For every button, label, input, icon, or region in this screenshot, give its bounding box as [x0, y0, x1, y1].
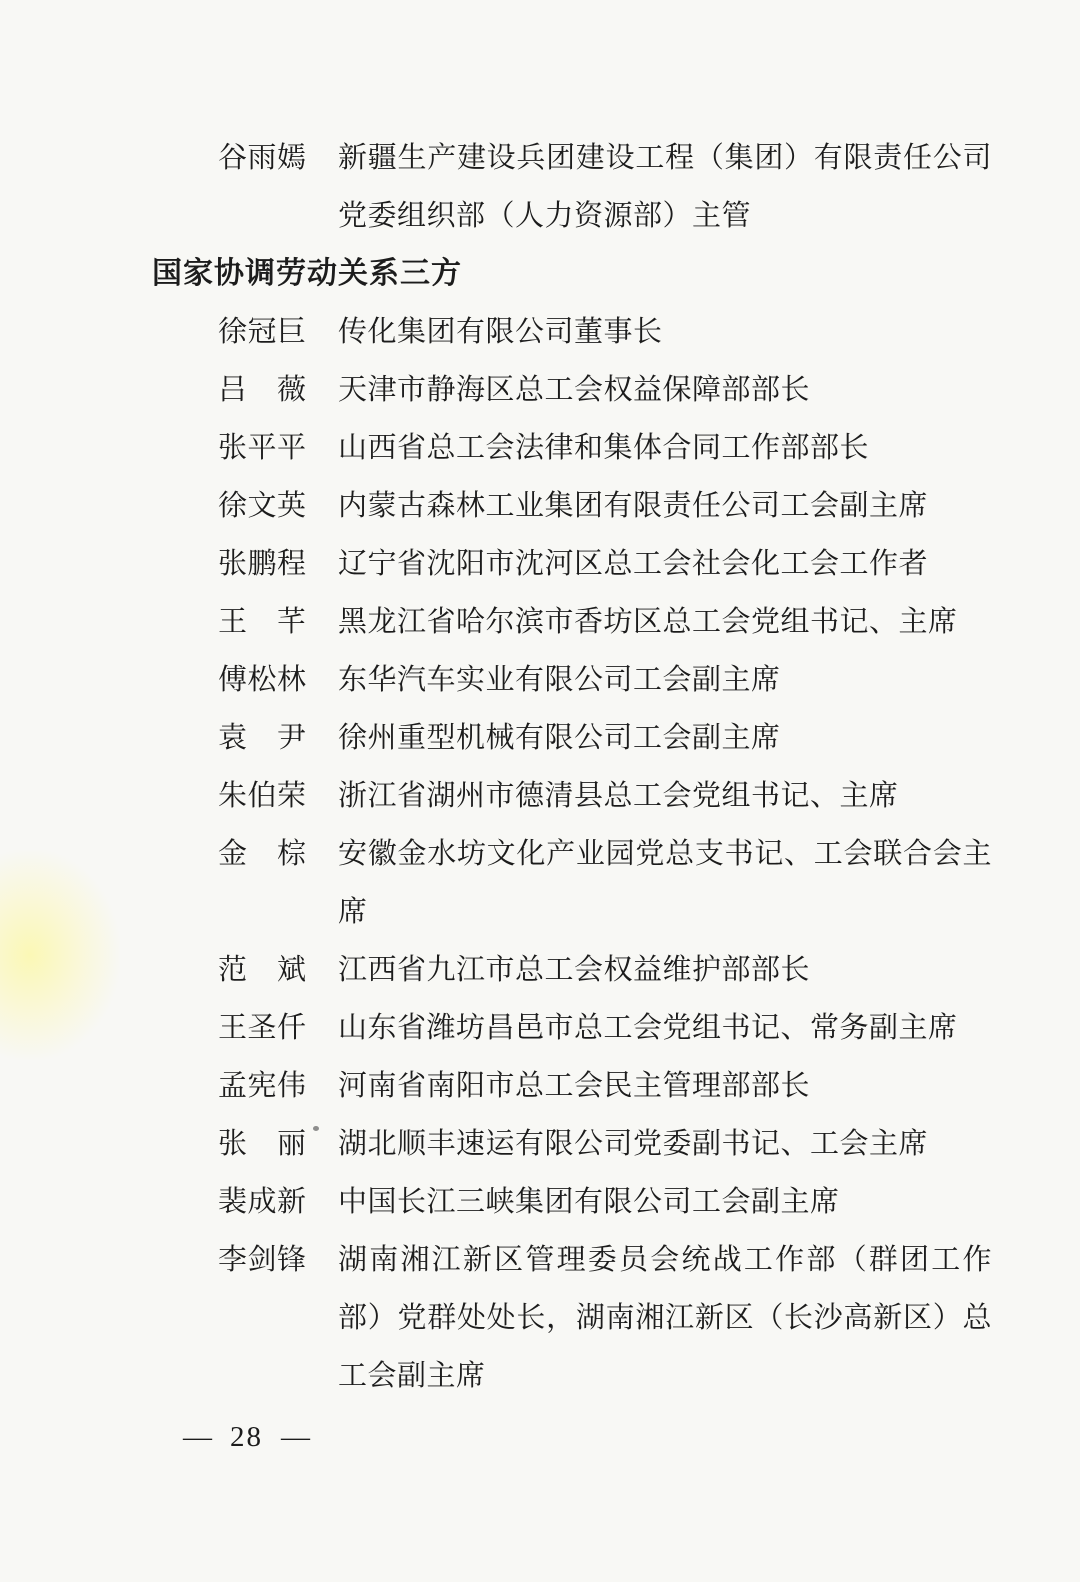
- footer-left-dash: —: [183, 1421, 212, 1453]
- list-item: 王圣仟 山东省潍坊昌邑市总工会党组书记、常务副主席: [218, 999, 992, 1057]
- person-name: 范 斌: [218, 941, 310, 999]
- person-name: 金 棕: [218, 825, 310, 883]
- person-title: 黑龙江省哈尔滨市香坊区总工会党组书记、主席: [338, 593, 992, 651]
- list-item: 张平平 山西省总工会法律和集体合同工作部部长: [218, 419, 992, 477]
- page-number: —28—: [183, 1408, 310, 1466]
- list-item: 袁 尹 徐州重型机械有限公司工会副主席: [218, 709, 992, 767]
- footer-right-dash: —: [281, 1421, 310, 1453]
- person-title: 内蒙古森林工业集团有限责任公司工会副主席: [338, 477, 992, 535]
- list-item: 裴成新 中国长江三峡集团有限公司工会副主席: [218, 1173, 992, 1231]
- list-item: 朱伯荣 浙江省湖州市德清县总工会党组书记、主席: [218, 767, 992, 825]
- person-name: 张 丽: [218, 1115, 310, 1173]
- person-title: 浙江省湖州市德清县总工会党组书记、主席: [338, 767, 992, 825]
- person-title: 河南省南阳市总工会民主管理部部长: [338, 1057, 992, 1115]
- person-name: 王 芊: [218, 593, 310, 651]
- list-item: 孟宪伟 河南省南阳市总工会民主管理部部长: [218, 1057, 992, 1115]
- person-name: 谷雨嫣: [218, 129, 310, 187]
- person-name: 张平平: [218, 419, 310, 477]
- person-title: 东华汽车实业有限公司工会副主席: [338, 651, 992, 709]
- person-name: 傅松林: [218, 651, 310, 709]
- page-content: 谷雨嫣 新疆生产建设兵团建设工程（集团）有限责任公司党委组织部（人力资源部）主管…: [0, 0, 1080, 1405]
- person-name: 徐文英: [218, 477, 310, 535]
- person-title: 湖南湘江新区管理委员会统战工作部（群团工作部）党群处处长，湖南湘江新区（长沙高新…: [338, 1231, 992, 1405]
- person-title: 山东省潍坊昌邑市总工会党组书记、常务副主席: [338, 999, 992, 1057]
- person-name: 王圣仟: [218, 999, 310, 1057]
- person-title: 天津市静海区总工会权益保障部部长: [338, 361, 992, 419]
- person-name: 袁 尹: [218, 709, 310, 767]
- list-item: 傅松林 东华汽车实业有限公司工会副主席: [218, 651, 992, 709]
- document-page: { "leading_entry": { "name": "谷雨嫣", "tit…: [0, 0, 1080, 1582]
- person-title: 中国长江三峡集团有限公司工会副主席: [338, 1173, 992, 1231]
- list-item: 张 丽 湖北顺丰速运有限公司党委副书记、工会主席: [218, 1115, 992, 1173]
- list-item: 徐冠巨 传化集团有限公司董事长: [218, 303, 992, 361]
- person-title: 新疆生产建设兵团建设工程（集团）有限责任公司党委组织部（人力资源部）主管: [338, 129, 992, 245]
- list-item: 李剑锋 湖南湘江新区管理委员会统战工作部（群团工作部）党群处处长，湖南湘江新区（…: [218, 1231, 992, 1405]
- person-name: 孟宪伟: [218, 1057, 310, 1115]
- person-title: 安徽金水坊文化产业园党总支书记、工会联合会主席: [338, 825, 992, 941]
- person-title: 湖北顺丰速运有限公司党委副书记、工会主席: [338, 1115, 992, 1173]
- list-item: 吕 薇 天津市静海区总工会权益保障部部长: [218, 361, 992, 419]
- list-item: 金 棕 安徽金水坊文化产业园党总支书记、工会联合会主席: [218, 825, 992, 941]
- person-title: 传化集团有限公司董事长: [338, 303, 992, 361]
- person-name: 裴成新: [218, 1173, 310, 1231]
- person-name: 徐冠巨: [218, 303, 310, 361]
- list-item: 徐文英 内蒙古森林工业集团有限责任公司工会副主席: [218, 477, 992, 535]
- list-item: 王 芊 黑龙江省哈尔滨市香坊区总工会党组书记、主席: [218, 593, 992, 651]
- person-title: 徐州重型机械有限公司工会副主席: [338, 709, 992, 767]
- list-item: 张鹏程 辽宁省沈阳市沈河区总工会社会化工会工作者: [218, 535, 992, 593]
- person-name: 李剑锋: [218, 1231, 310, 1289]
- person-name: 张鹏程: [218, 535, 310, 593]
- person-title: 山西省总工会法律和集体合同工作部部长: [338, 419, 992, 477]
- person-title: 辽宁省沈阳市沈河区总工会社会化工会工作者: [338, 535, 992, 593]
- person-name: 朱伯荣: [218, 767, 310, 825]
- person-title: 江西省九江市总工会权益维护部部长: [338, 941, 992, 999]
- person-name: 吕 薇: [218, 361, 310, 419]
- footer-page-number: 28: [212, 1421, 281, 1453]
- list-item: 谷雨嫣 新疆生产建设兵团建设工程（集团）有限责任公司党委组织部（人力资源部）主管: [218, 129, 992, 245]
- list-item: 范 斌 江西省九江市总工会权益维护部部长: [218, 941, 992, 999]
- section-heading: 国家协调劳动关系三方: [152, 245, 992, 303]
